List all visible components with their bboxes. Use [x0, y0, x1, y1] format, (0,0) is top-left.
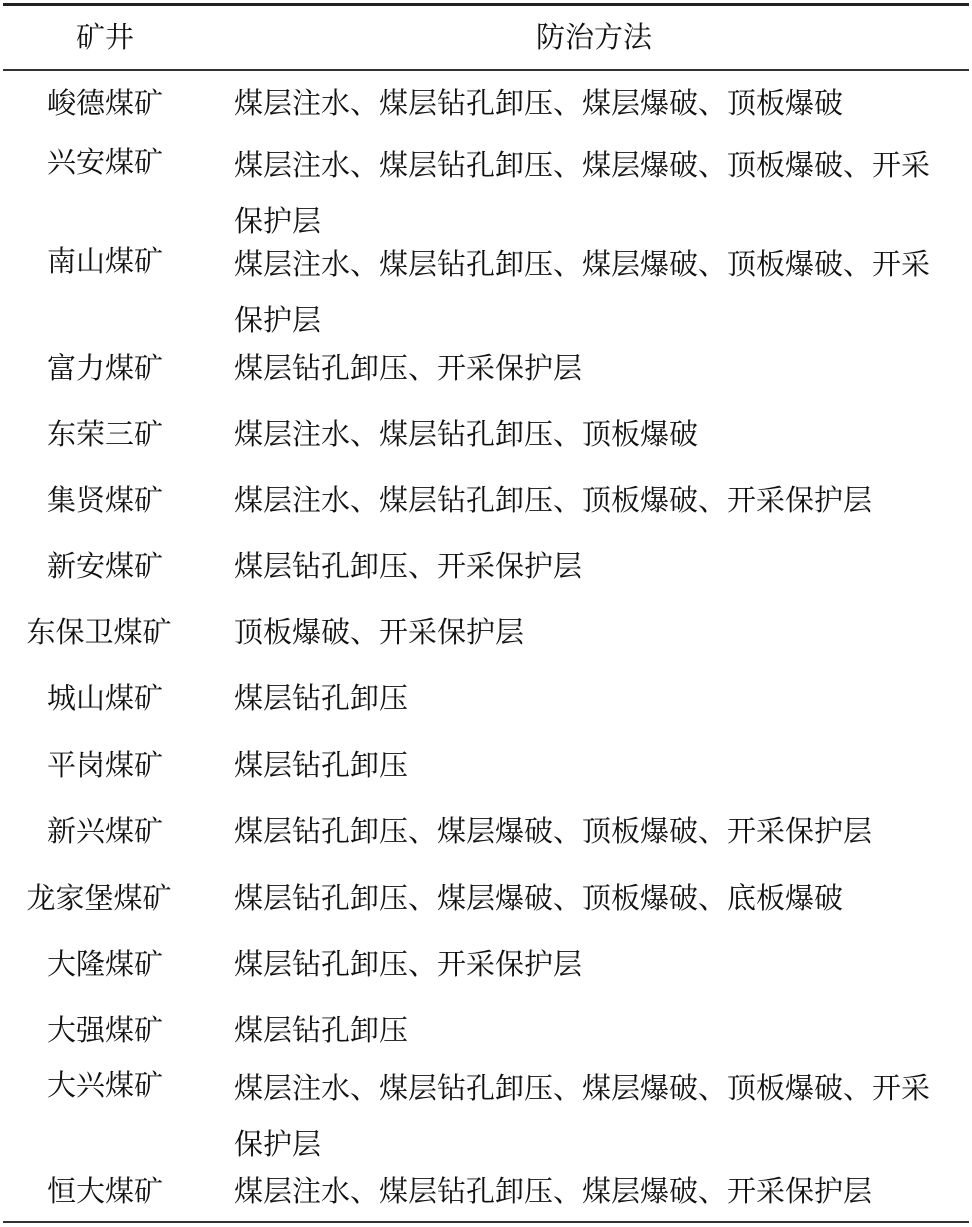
row-mine: 东保卫煤矿	[0, 607, 210, 658]
header-rule	[3, 69, 969, 71]
row-mine: 南山煤矿	[0, 236, 210, 287]
row-method: 煤层钻孔卸压、开采保护层	[234, 939, 954, 990]
row-mine: 兴安煤矿	[0, 137, 210, 188]
row-mine: 大兴煤矿	[0, 1060, 210, 1111]
row-method: 煤层钻孔卸压、煤层爆破、顶板爆破、开采保护层	[234, 806, 954, 857]
row-mine: 城山煤矿	[0, 673, 210, 724]
row-method: 煤层注水、煤层钻孔卸压、煤层爆破、开采保护层	[234, 1166, 954, 1217]
row-method: 煤层注水、煤层钻孔卸压、煤层爆破、顶板爆破、开采保护层	[234, 137, 954, 249]
row-method: 顶板爆破、开采保护层	[234, 607, 954, 658]
row-mine: 龙家堡煤矿	[0, 873, 210, 924]
row-mine: 平岗煤矿	[0, 740, 210, 791]
row-mine: 峻德煤矿	[0, 78, 210, 129]
row-method: 煤层注水、煤层钻孔卸压、顶板爆破	[234, 409, 954, 460]
row-method: 煤层注水、煤层钻孔卸压、煤层爆破、顶板爆破、开采保护层	[234, 236, 954, 348]
row-method: 煤层注水、煤层钻孔卸压、煤层爆破、顶板爆破	[234, 78, 954, 129]
row-mine: 集贤煤矿	[0, 475, 210, 526]
row-method: 煤层钻孔卸压、开采保护层	[234, 343, 954, 394]
row-mine: 恒大煤矿	[0, 1166, 210, 1217]
row-mine: 新兴煤矿	[0, 806, 210, 857]
top-rule	[3, 3, 969, 6]
row-mine: 富力煤矿	[0, 343, 210, 394]
row-method: 煤层钻孔卸压	[234, 740, 954, 791]
row-method: 煤层钻孔卸压、开采保护层	[234, 541, 954, 592]
row-mine: 大强煤矿	[0, 1005, 210, 1056]
header-mine: 矿井	[0, 12, 210, 63]
bottom-rule	[3, 1221, 969, 1223]
row-mine: 新安煤矿	[0, 541, 210, 592]
row-mine: 东荣三矿	[0, 409, 210, 460]
row-method: 煤层注水、煤层钻孔卸压、煤层爆破、顶板爆破、开采保护层	[234, 1060, 954, 1172]
row-method: 煤层钻孔卸压、煤层爆破、顶板爆破、底板爆破	[234, 873, 954, 924]
row-mine: 大隆煤矿	[0, 939, 210, 990]
row-method: 煤层钻孔卸压	[234, 1005, 954, 1056]
header-method: 防治方法	[234, 12, 954, 63]
row-method: 煤层钻孔卸压	[234, 673, 954, 724]
row-method: 煤层注水、煤层钻孔卸压、顶板爆破、开采保护层	[234, 475, 954, 526]
